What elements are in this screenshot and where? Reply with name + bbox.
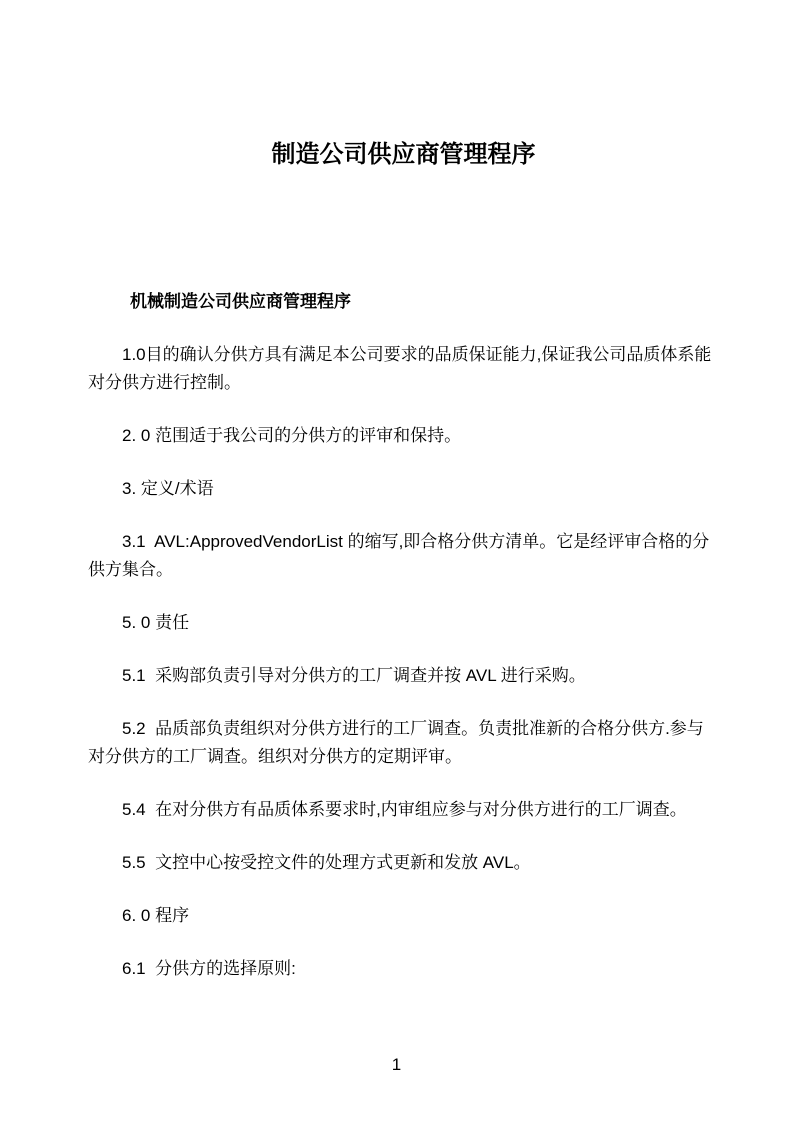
paragraph-scope: 2. 0 范围适于我公司的分供方的评审和保持。 xyxy=(88,422,719,450)
page-number: 1 xyxy=(0,1053,793,1077)
paragraph-responsibility-doc-control: 5.5 文控中心按受控文件的处理方式更新和发放 AVL。 xyxy=(88,849,719,877)
paragraph-definitions-heading: 3. 定义/术语 xyxy=(88,475,719,503)
paragraph-definition-avl: 3.1 AVL:ApprovedVendorList 的缩写,即合格分供方清单。… xyxy=(88,528,719,584)
document-title: 制造公司供应商管理程序 xyxy=(88,138,719,172)
document-page: 制造公司供应商管理程序 机械制造公司供应商管理程序 1.0目的确认分供方具有满足… xyxy=(0,0,793,1122)
paragraph-responsibility-audit: 5.4 在对分供方有品质体系要求时,内审组应参与对分供方进行的工厂调查。 xyxy=(88,796,719,824)
paragraph-responsibility-quality: 5.2 品质部负责组织对分供方进行的工厂调查。负责批准新的合格分供方.参与对分供… xyxy=(88,715,719,771)
paragraph-selection-principles: 6.1 分供方的选择原则: xyxy=(88,955,719,983)
paragraph-responsibility-heading: 5. 0 责任 xyxy=(88,609,719,637)
paragraph-responsibility-purchasing: 5.1 采购部负责引导对分供方的工厂调查并按 AVL 进行采购。 xyxy=(88,662,719,690)
paragraph-procedure-heading: 6. 0 程序 xyxy=(88,902,719,930)
document-heading: 机械制造公司供应商管理程序 xyxy=(88,288,719,316)
paragraph-purpose: 1.0目的确认分供方具有满足本公司要求的品质保证能力,保证我公司品质体系能对分供… xyxy=(88,341,719,397)
